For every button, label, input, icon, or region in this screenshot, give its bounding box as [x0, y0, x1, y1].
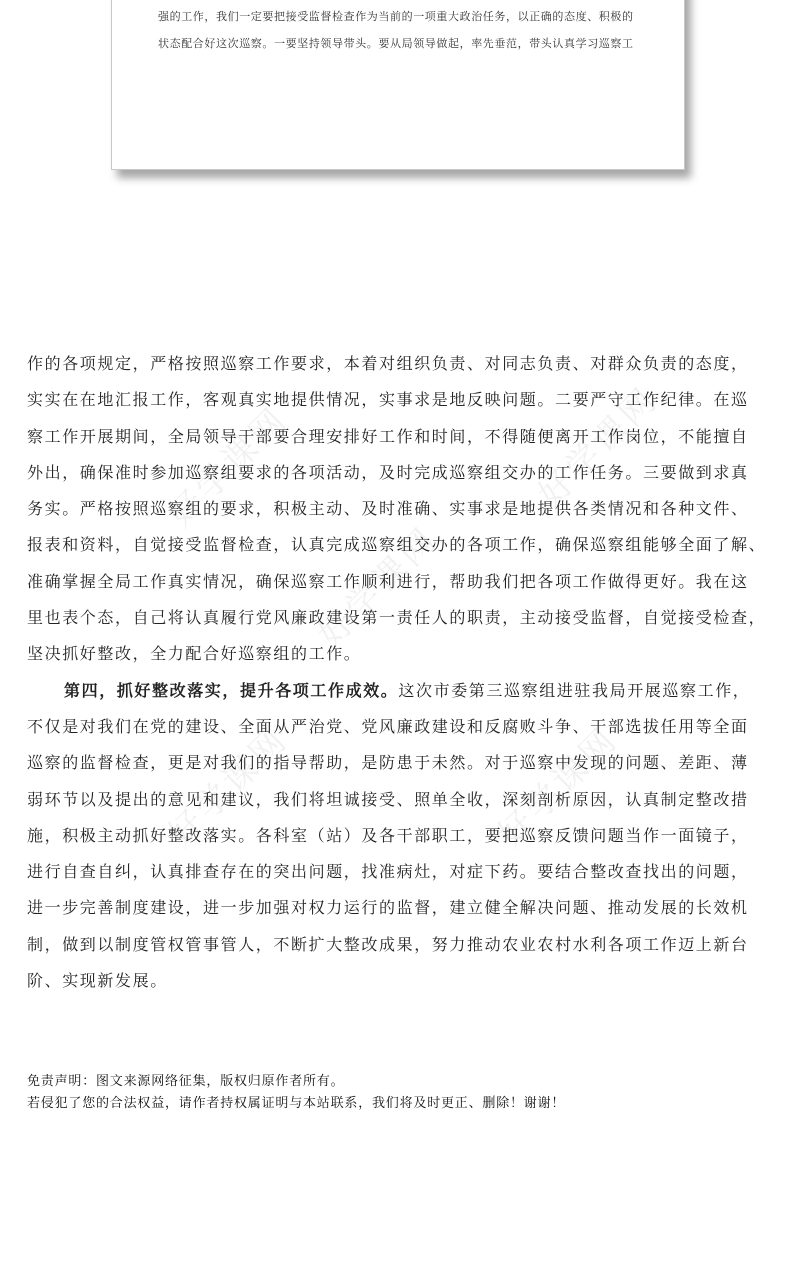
preview-line: 强的工作，我们一定要把接受监督检查作为当前的一项重大政治任务，以正确的态度、积极… [158, 3, 648, 30]
text-line: 第四，抓好整改落实，提升各项工作成效。这次市委第三巡察组进驻我局开展巡察工作， [27, 673, 777, 709]
document-page-preview: 强的工作，我们一定要把接受监督检查作为当前的一项重大政治任务，以正确的态度、积极… [111, 0, 685, 170]
disclaimer-line-1: 免责声明：图文来源网络征集，版权归原作者所有。 [27, 1071, 565, 1093]
text-line: 巡察的监督检查，更是对我们的指导帮助，是防患于未然。对于巡察中发现的问题、差距、… [27, 745, 777, 781]
text-line: 施，积极主动抓好整改落实。各科室（站）及各干部职工，要把巡察反馈问题当作一面镜子… [27, 818, 777, 854]
text-line: 实实在在地汇报工作，客观真实地提供情况，实事求是地反映问题。二要严守工作纪律。在… [27, 382, 777, 418]
disclaimer: 免责声明：图文来源网络征集，版权归原作者所有。 若侵犯了您的合法权益，请作者持权… [27, 1071, 565, 1115]
text-line: 进一步完善制度建设，进一步加强对权力运行的监督，建立健全解决问题、推动发展的长效… [27, 890, 777, 926]
paragraph-2: 第四，抓好整改落实，提升各项工作成效。这次市委第三巡察组进驻我局开展巡察工作， … [27, 673, 777, 1000]
page-preview-text: 强的工作，我们一定要把接受监督检查作为当前的一项重大政治任务，以正确的态度、积极… [158, 3, 648, 57]
text-line: 不仅是对我们在党的建设、全面从严治党、党风廉政建设和反腐败斗争、干部选拔任用等全… [27, 709, 777, 745]
text-line: 坚决抓好整改，全力配合好巡察组的工作。 [27, 636, 777, 672]
text-line: 外出，确保准时参加巡察组要求的各项活动，及时完成巡察组交办的工作任务。三要做到求… [27, 455, 777, 491]
section-heading: 第四，抓好整改落实，提升各项工作成效。 [64, 681, 398, 700]
text-line: 作的各项规定，严格按照巡察工作要求，本着对组织负责、对同志负责、对群众负责的态度… [27, 346, 777, 382]
text-line: 弱环节以及提出的意见和建议，我们将坦诚接受、照单全收，深刻剖析原因，认真制定整改… [27, 782, 777, 818]
text-line: 察工作开展期间，全局领导干部要合理安排好工作和时间，不得随便离开工作岗位，不能擅… [27, 419, 777, 455]
text-line: 报表和资料，自觉接受监督检查，认真完成巡察组交办的各项工作，确保巡察组能够全面了… [27, 527, 777, 563]
document-body: 作的各项规定，严格按照巡察工作要求，本着对组织负责、对同志负责、对群众负责的态度… [27, 346, 777, 999]
paragraph-1: 作的各项规定，严格按照巡察工作要求，本着对组织负责、对同志负责、对群众负责的态度… [27, 346, 777, 673]
disclaimer-line-2: 若侵犯了您的合法权益，请作者持权属证明与本站联系，我们将及时更正、删除！谢谢！ [27, 1093, 565, 1115]
text-line: 阶、实现新发展。 [27, 963, 777, 999]
preview-line: 状态配合好这次巡察。一要坚持领导带头。要从局领导做起，率先垂范，带头认真学习巡察… [158, 30, 648, 57]
text-line: 准确掌握全局工作真实情况，确保巡察工作顺利进行，帮助我们把各项工作做得更好。我在… [27, 564, 777, 600]
text-line: 制，做到以制度管权管事管人，不断扩大整改成果，努力推动农业农村水利各项工作迈上新… [27, 927, 777, 963]
text-line: 里也表个态，自己将认真履行党风廉政建设第一责任人的职责，主动接受监督，自觉接受检… [27, 600, 777, 636]
heading-continuation: 这次市委第三巡察组进驻我局开展巡察工作， [398, 681, 750, 700]
text-line: 务实。严格按照巡察组的要求，积极主动、及时准确、实事求是地提供各类情况和各种文件… [27, 491, 777, 527]
text-line: 进行自查自纠，认真排查存在的突出问题，找准病灶，对症下药。要结合整改查找出的问题… [27, 854, 777, 890]
